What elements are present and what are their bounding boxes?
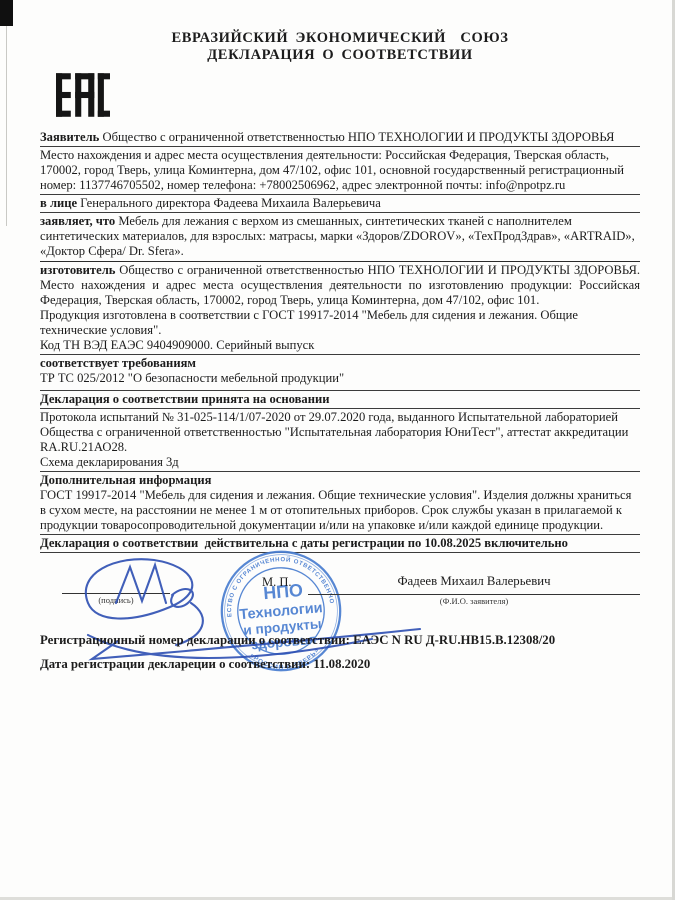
manufacturer-text: Общество с ограниченной ответственностью… xyxy=(40,263,640,307)
manufacturer-line: изготовитель Общество с ограниченной отв… xyxy=(40,263,640,308)
section-rule xyxy=(40,194,640,195)
signatory-name: Фадеев Михаил Валерьевич xyxy=(308,574,640,589)
registration-date-line: Дата регистрации деклареции о соответств… xyxy=(40,657,640,672)
additional-heading: Дополнительная информация xyxy=(40,473,640,488)
section-rule xyxy=(40,354,640,355)
production-standard-line: Продукция изготовлена в соответствии с Г… xyxy=(40,308,640,338)
additional-text: ГОСТ 19917-2014 "Мебель для сидения и ле… xyxy=(40,488,640,533)
signatory-name-line xyxy=(308,594,640,595)
title-union: ЕВРАЗИЙСКИЙ ЭКОНОМИЧЕСКИЙ СОЮЗ xyxy=(40,30,640,47)
declaration-document-page: ЕВРАЗИЙСКИЙ ЭКОНОМИЧЕСКИЙ СОЮЗ ДЕКЛАРАЦИ… xyxy=(0,0,675,900)
scan-edge-artifact xyxy=(6,26,7,226)
applicant-line: Заявитель Общество с ограниченной ответс… xyxy=(40,130,640,145)
representative-line: в лице Генерального директора Фадеева Ми… xyxy=(40,196,640,211)
applicant-label: Заявитель xyxy=(40,130,99,144)
declaration-line: заявляет, что Мебель для лежания с верхо… xyxy=(40,214,640,259)
representative-text: Генерального директора Фадеева Михаила В… xyxy=(80,196,381,210)
declaration-text: Мебель для лежания с верхом из смешанных… xyxy=(40,214,635,258)
scan-corner-artifact xyxy=(0,0,13,26)
tnved-code-line: Код ТН ВЭД ЕАЭС 9404909000. Серийный вып… xyxy=(40,338,640,353)
section-rule xyxy=(40,212,640,213)
basis-heading: Декларация о соответствии принята на осн… xyxy=(40,392,640,407)
representative-label: в лице xyxy=(40,196,77,210)
manufacturer-label: изготовитель xyxy=(40,263,115,277)
section-rule xyxy=(40,390,640,391)
section-rule xyxy=(40,534,640,535)
title-declaration: ДЕКЛАРАЦИЯ О СООТВЕТСТВИИ xyxy=(40,47,640,64)
stamp-place-label: М. П. xyxy=(262,575,292,590)
registration-number-line: Регистрационный номер декларации о соотв… xyxy=(40,633,640,648)
section-rule-thick xyxy=(40,261,640,262)
section-rule xyxy=(40,471,640,472)
basis-text: Протокола испытаний № 31-025-114/1/07-20… xyxy=(40,410,640,455)
signatory-name-caption: (Ф.И.О. заявителя) xyxy=(308,596,640,606)
signature-line xyxy=(62,593,170,594)
location-line: Место нахождения и адрес места осуществл… xyxy=(40,148,640,193)
section-rule xyxy=(40,146,640,147)
compliance-heading: соответствует требованиям xyxy=(40,356,640,371)
document-content: ЕВРАЗИЙСКИЙ ЭКОНОМИЧЕСКИЙ СОЮЗ ДЕКЛАРАЦИ… xyxy=(40,30,640,672)
compliance-text: ТР ТС 025/2012 "О безопасности мебельной… xyxy=(40,371,640,386)
applicant-text: Общество с ограниченной ответственностью… xyxy=(102,130,614,144)
signature-caption: (подпись) xyxy=(62,595,170,605)
scheme-line: Схема декларирования 3д xyxy=(40,455,640,470)
declaration-label: заявляет, что xyxy=(40,214,115,228)
signature-block: (подпись) М. П. ОБЩЕСТВО С ОГРАНИЧЕННОЙ … xyxy=(40,555,640,627)
eac-conformity-mark-icon xyxy=(56,72,110,118)
section-rule xyxy=(40,408,640,409)
